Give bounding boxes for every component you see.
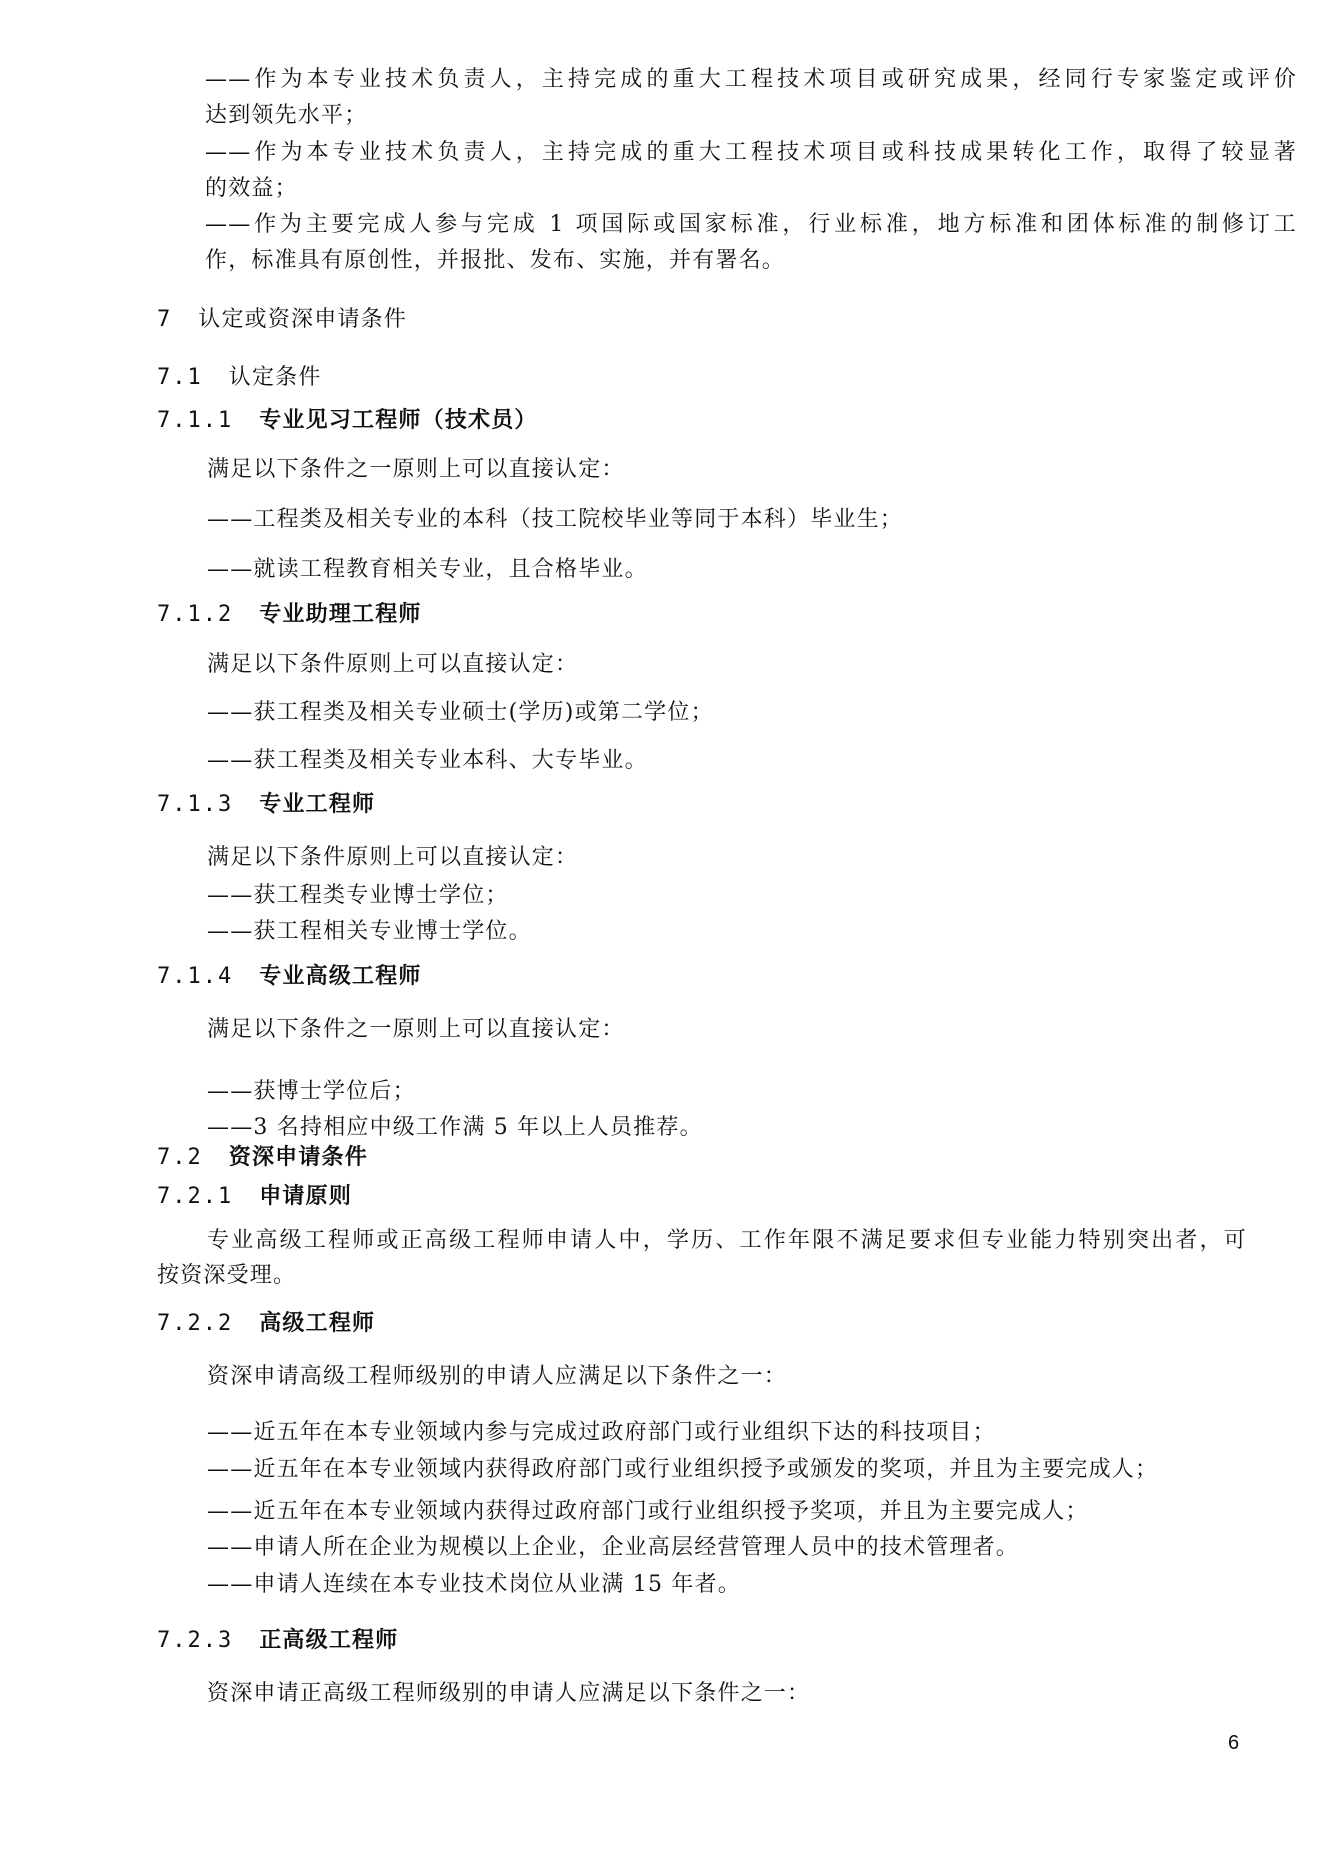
section-title: 专业助理工程师: [259, 602, 421, 627]
section-title: 专业工程师: [259, 792, 375, 817]
list-item: ——3 名持相应中级工作满 5 年以上人员推荐。: [207, 1113, 703, 1143]
list-item: ——获工程类专业博士学位；: [207, 881, 509, 911]
list-item: ——获工程类及相关专业本科、大专毕业。: [207, 746, 648, 776]
list-item: ——获工程相关专业博士学位。: [207, 917, 532, 947]
list-item: ——获博士学位后；: [207, 1077, 416, 1107]
section-title: 申请原则: [259, 1184, 352, 1209]
list-item: ——申请人所在企业为规模以上企业，企业高层经营管理人员中的技术管理者。: [207, 1533, 1019, 1563]
section-7-1-4-intro: 满足以下条件之一原则上可以直接认定：: [207, 1015, 625, 1045]
intro-item-1-line1: ——作为本专业技术负责人，主持完成的重大工程技术项目或研究成果，经同行专家鉴定或…: [205, 65, 1297, 95]
list-item: ——获工程类及相关专业硕士(学历)或第二学位；: [207, 698, 714, 728]
section-title: 资深申请条件: [229, 1145, 368, 1170]
intro-item-2-line1: ——作为本专业技术负责人，主持完成的重大工程技术项目或科技成果转化工作，取得了较…: [205, 138, 1297, 168]
section-7-heading: 7认定或资深申请条件: [157, 305, 407, 335]
section-7-2-2-intro: 资深申请高级工程师级别的申请人应满足以下条件之一：: [207, 1362, 787, 1392]
page-number: 6: [1228, 1732, 1239, 1755]
section-number: 7: [157, 307, 172, 332]
section-title: 认定条件: [229, 365, 322, 390]
section-title: 正高级工程师: [259, 1628, 398, 1653]
section-7-2-1-paragraph-line2: 按资深受理。: [157, 1261, 296, 1291]
list-item: ——工程类及相关专业的本科（技工院校毕业等同于本科）毕业生；: [207, 505, 903, 535]
section-7-2-3-heading: 7.2.3正高级工程师: [157, 1626, 398, 1656]
list-item: ——近五年在本专业领域内获得政府部门或行业组织授予或颁发的奖项，并且为主要完成人…: [207, 1455, 1158, 1485]
list-item: ——申请人连续在本专业技术岗位从业满 15 年者。: [207, 1570, 741, 1600]
section-number: 7.1.4: [157, 964, 233, 989]
section-number: 7.1: [157, 365, 203, 390]
section-number: 7.1.3: [157, 792, 233, 817]
section-number: 7.2: [157, 1145, 203, 1170]
section-7-1-2-intro: 满足以下条件原则上可以直接认定：: [207, 650, 578, 680]
section-title: 高级工程师: [259, 1311, 375, 1336]
intro-item-1-line2: 达到领先水平；: [205, 101, 367, 131]
list-item: ——近五年在本专业领域内参与完成过政府部门或行业组织下达的科技项目；: [207, 1418, 996, 1448]
intro-item-3-line1: ——作为主要完成人参与完成 1 项国际或国家标准，行业标准，地方标准和团体标准的…: [205, 210, 1297, 240]
section-number: 7.1.1: [157, 408, 233, 433]
section-7-2-heading: 7.2资深申请条件: [157, 1143, 368, 1173]
intro-item-3-line2: 作，标准具有原创性，并报批、发布、实施，并有署名。: [205, 246, 785, 276]
section-number: 7.1.2: [157, 602, 233, 627]
section-7-2-1-heading: 7.2.1申请原则: [157, 1182, 352, 1212]
section-title: 专业见习工程师（技术员）: [259, 408, 537, 433]
section-7-1-1-heading: 7.1.1专业见习工程师（技术员）: [157, 406, 538, 436]
section-7-1-3-heading: 7.1.3专业工程师: [157, 790, 375, 820]
section-title: 认定或资深申请条件: [198, 307, 407, 332]
section-number: 7.2.3: [157, 1628, 233, 1653]
section-title: 专业高级工程师: [259, 964, 421, 989]
section-number: 7.2.1: [157, 1184, 233, 1209]
section-7-1-3-intro: 满足以下条件原则上可以直接认定：: [207, 843, 578, 873]
list-item: ——就读工程教育相关专业，且合格毕业。: [207, 555, 648, 585]
list-item: ——近五年在本专业领域内获得过政府部门或行业组织授予奖项，并且为主要完成人；: [207, 1497, 1089, 1527]
section-7-1-1-intro: 满足以下条件之一原则上可以直接认定：: [207, 455, 625, 485]
section-7-1-4-heading: 7.1.4专业高级工程师: [157, 962, 422, 992]
section-number: 7.2.2: [157, 1311, 233, 1336]
section-7-1-heading: 7.1认定条件: [157, 363, 322, 393]
section-7-1-2-heading: 7.1.2专业助理工程师: [157, 600, 422, 630]
section-7-2-1-paragraph-line1: 专业高级工程师或正高级工程师申请人中，学历、工作年限不满足要求但专业能力特别突出…: [207, 1226, 1247, 1256]
section-7-2-2-heading: 7.2.2高级工程师: [157, 1309, 375, 1339]
intro-item-2-line2: 的效益；: [205, 174, 298, 204]
section-7-2-3-intro: 资深申请正高级工程师级别的申请人应满足以下条件之一：: [207, 1679, 810, 1709]
